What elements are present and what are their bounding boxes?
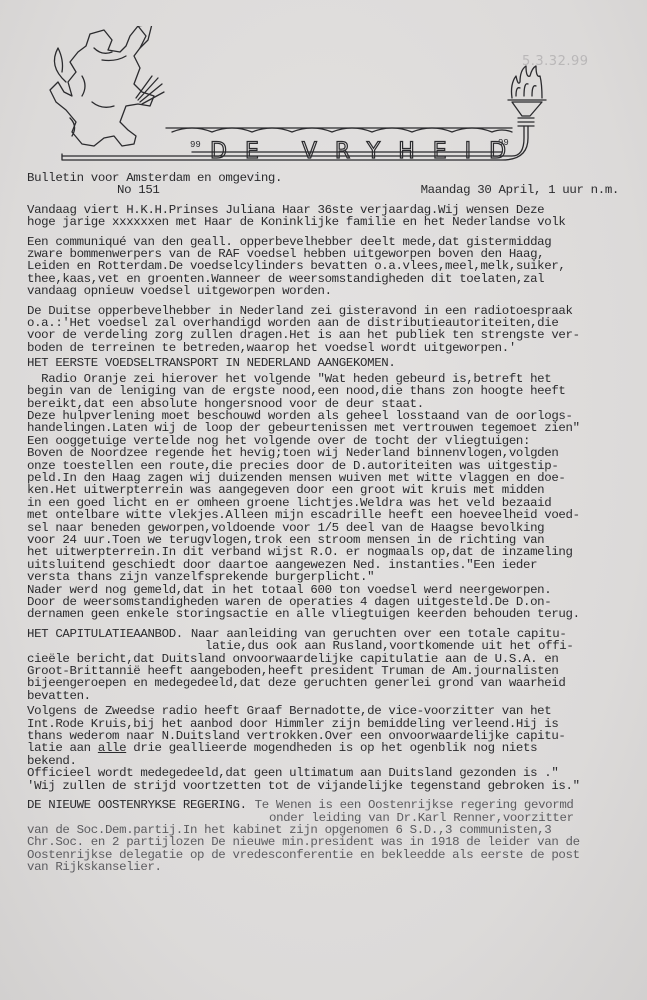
section-austria: DE NIEUWE OOSTENRYKSE REGERING. Te Wenen… (27, 799, 627, 873)
text-line: vandaag opnieuw voedsel uitgeworpen word… (27, 285, 627, 297)
text-fragment: drie geallieerde mogendheden is op het o… (126, 741, 537, 755)
text-line: bevatten. (27, 690, 627, 702)
text-line: handelingen.Laten wij de loop der gebeur… (27, 422, 627, 434)
section-communique: Een communiqué van den geall. opperbevel… (27, 236, 627, 298)
text-line: boden de terreinen te betreden,waarop he… (27, 342, 627, 354)
text-line: Te Wenen is een Oostenrijkse regering ge… (247, 799, 574, 811)
text-line: hoge jarige xxxxxxen met Haar de Koninkl… (27, 216, 627, 228)
text-line: begin van de leniging van de ergste nood… (27, 385, 627, 397)
text-line: voor de verdeling zorg zullen dragen.Het… (27, 329, 627, 341)
title-quote-close: 99 (498, 138, 509, 148)
issue-date: Maandag 30 April, 1 uur n.m. (421, 184, 627, 196)
bulletin-body: Bulletin voor Amsterdam en omgeving. No … (27, 172, 627, 874)
text-line: dernamen geen enkele storingsactie en al… (27, 608, 627, 620)
text-line: bijeengeroepen en medegedeeld,dat deze g… (27, 677, 627, 689)
text-line: van Rijkskanselier. (27, 861, 627, 873)
text-line: het uitwerpterrein.In dit verband wijst … (27, 546, 627, 558)
issue-date-row: No 151 Maandag 30 April, 1 uur n.m. (27, 184, 627, 196)
section-heading: HET CAPITULATIEAANBOD. (27, 628, 183, 640)
text-line: Leiden en Rotterdam.De voedselcylinders … (27, 260, 627, 272)
lion-emblem-icon (50, 26, 164, 146)
text-line-alle: latie aan alle drie geallieerde mogendhe… (27, 742, 627, 754)
section-heading: DE NIEUWE OOSTENRYKSE REGERING. (27, 799, 247, 811)
section-first-transport: HET EERSTE VOEDSELTRANSPORT IN NEDERLAND… (27, 357, 627, 621)
text-line: Volgens de Zweedse radio heeft Graaf Ber… (27, 705, 627, 717)
text-line: 'Wij zullen de strijd voortzetten tot de… (27, 780, 627, 792)
title-quote-open: 99 (190, 140, 201, 150)
text-line: Chr.Soc. en 2 partijlozen De nieuwe min.… (27, 836, 627, 848)
torch-emblem-icon (508, 66, 546, 126)
text-line: Boven de Noordzee regende het hevig;toen… (27, 447, 627, 459)
issue-number: No 151 (27, 184, 160, 196)
section-heading: HET EERSTE VOEDSELTRANSPORT IN NEDERLAND… (27, 357, 627, 369)
section-birthday: Vandaag viert H.K.H.Prinses Juliana Haar… (27, 204, 627, 229)
section-capitulation: HET CAPITULATIEAANBOD. Naar aanleiding v… (27, 628, 627, 792)
text-line: Officieel wordt medegedeeld,dat geen ult… (27, 767, 627, 779)
text-line: versta thans zijn vanzelfsprekende burge… (27, 571, 627, 583)
masthead-title: DE VRYHEID (210, 139, 524, 164)
masthead: 99 DE VRYHEID 99 (42, 26, 602, 166)
text-line: met ontelbare witte vlekjes.Alleen mijn … (27, 509, 627, 521)
text-line: ken.Het uitwerpterrein was aangegeven do… (27, 484, 627, 496)
text-line: latie,dus ook aan Rusland,voortkomende u… (27, 640, 627, 652)
section-german-commander: De Duitse opperbevelhebber in Nederland … (27, 305, 627, 355)
document-page: 5.3.32.99 (0, 0, 647, 1000)
underlined-word: alle (98, 741, 126, 755)
